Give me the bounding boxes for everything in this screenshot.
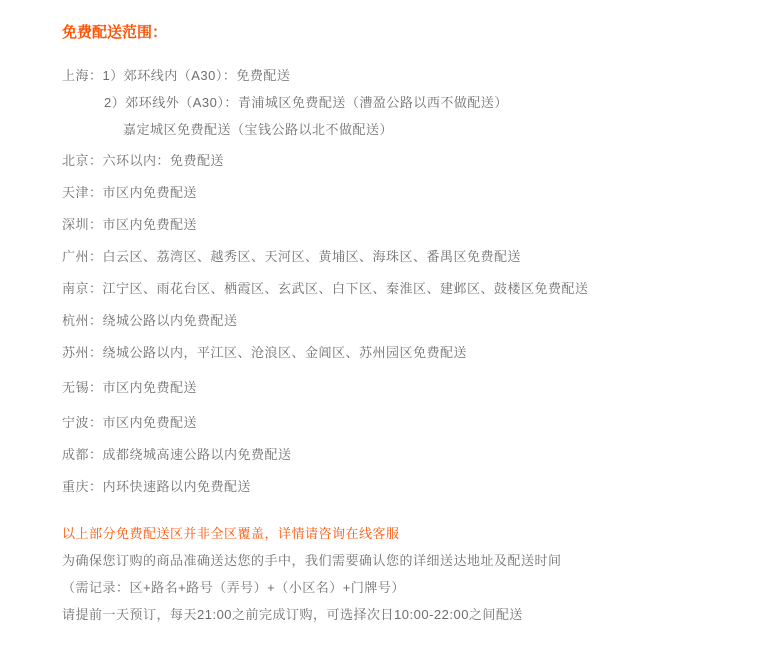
delivery-scope-page: 免费配送范围： 上海：1）郊环线内（A30）：免费配送 2）郊环线外（A30）：… xyxy=(0,0,768,671)
preorder-time-note: 请提前一天预订，每天21:00之前完成订购，可选择次日10:00-22:00之间… xyxy=(62,606,728,624)
delivery-line-wuxi: 无锡：市区内免费配送 xyxy=(62,379,728,397)
delivery-line-ningbo: 宁波：市区内免费配送 xyxy=(62,414,728,432)
delivery-line-nanjing: 南京：江宁区、雨花台区、栖霞区、玄武区、白下区、秦淮区、建邺区、鼓楼区免费配送 xyxy=(62,280,728,298)
delivery-line-shanghai-1: 上海：1）郊环线内（A30）：免费配送 xyxy=(62,67,728,85)
delivery-line-chengdu: 成都：成都绕城高速公路以内免费配送 xyxy=(62,446,728,464)
delivery-line-shanghai-2: 2）郊环线外（A30）：青浦城区免费配送（漕盈公路以西不做配送） xyxy=(62,94,728,112)
delivery-line-guangzhou: 广州：白云区、荔湾区、越秀区、天河区、黄埔区、海珠区、番禺区免费配送 xyxy=(62,248,728,266)
delivery-scope-content: 免费配送范围： 上海：1）郊环线内（A30）：免费配送 2）郊环线外（A30）：… xyxy=(0,0,768,624)
page-title: 免费配送范围： xyxy=(62,25,728,41)
delivery-line-shenzhen: 深圳：市区内免费配送 xyxy=(62,216,728,234)
delivery-line-suzhou: 苏州：绕城公路以内，平江区、沧浪区、金阊区、苏州园区免费配送 xyxy=(62,344,728,362)
address-confirm-note: 为确保您订购的商品准确送达您的手中，我们需要确认您的详细送达地址及配送时间 xyxy=(62,552,728,570)
delivery-line-shanghai-3: 嘉定城区免费配送（宝钱公路以北不做配送） xyxy=(62,121,728,139)
delivery-line-hangzhou: 杭州：绕城公路以内免费配送 xyxy=(62,312,728,330)
delivery-line-beijing: 北京：六环以内：免费配送 xyxy=(62,152,728,170)
address-format-note: （需记录：区+路名+路号（弄号）+（小区名）+门牌号） xyxy=(62,579,728,597)
coverage-warning-text: 以上部分免费配送区并非全区覆盖，详情请咨询在线客服 xyxy=(62,525,728,543)
delivery-line-chongqing: 重庆：内环快速路以内免费配送 xyxy=(62,478,728,496)
delivery-line-tianjin: 天津：市区内免费配送 xyxy=(62,184,728,202)
